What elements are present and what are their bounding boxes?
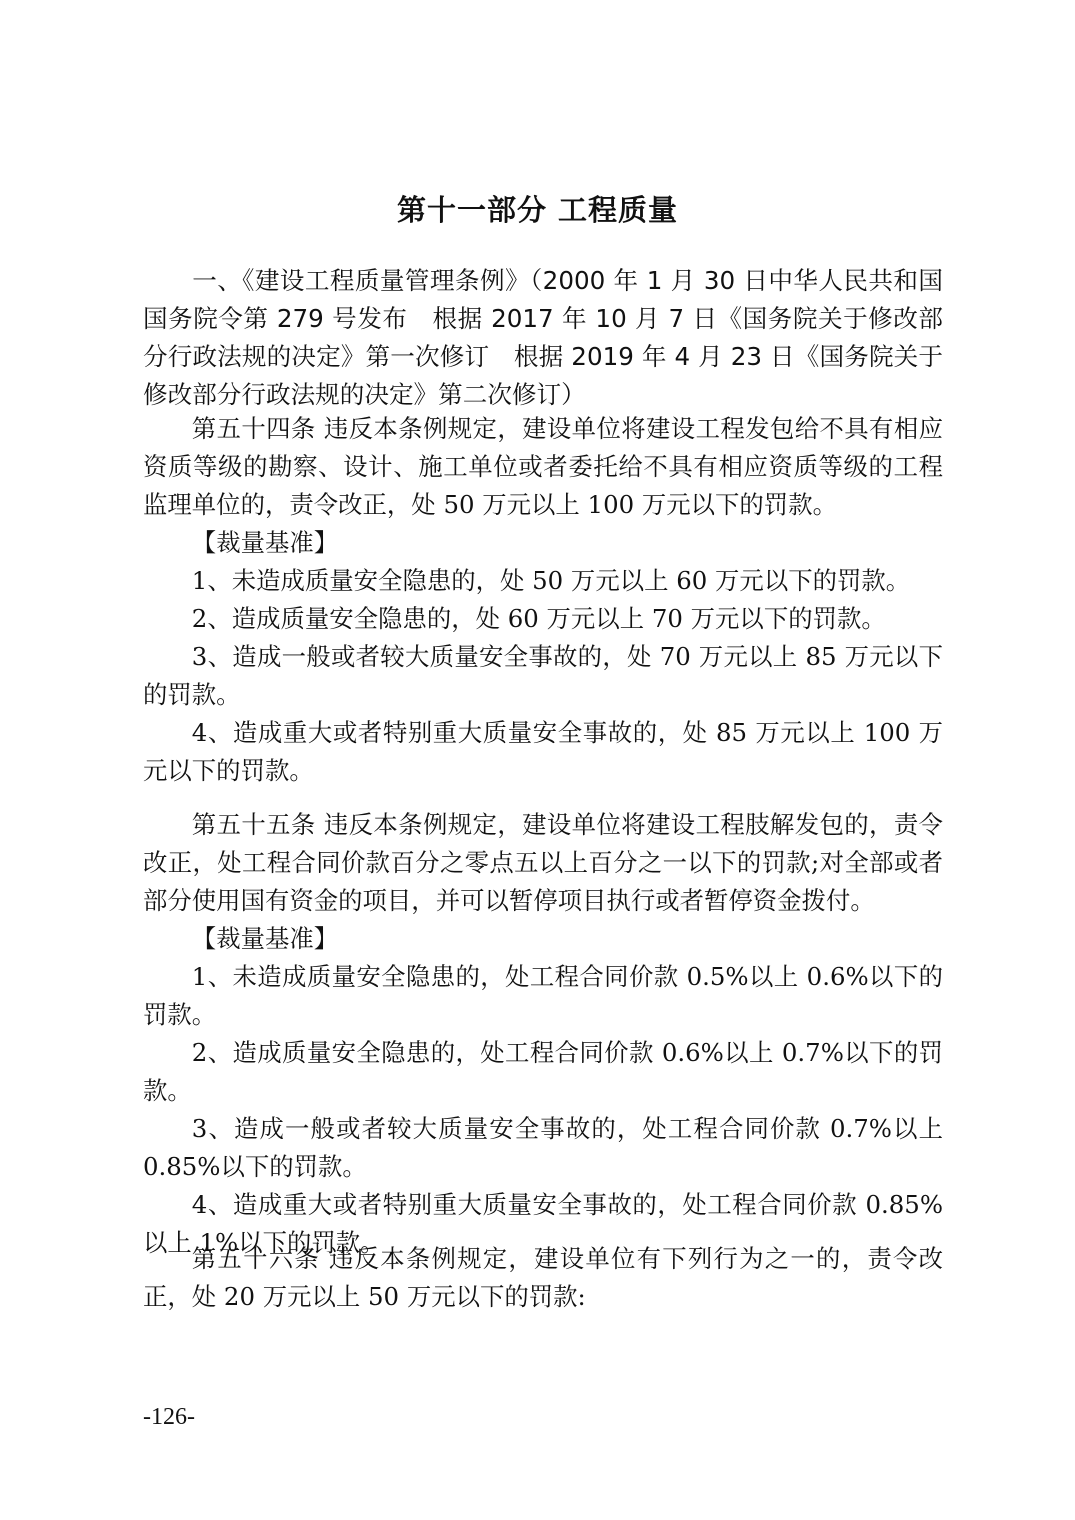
standard-item: 1、未造成质量安全隐患的，处 50 万元以上 60 万元以下的罚款。	[143, 562, 943, 600]
article-text: 第五十五条 违反本条例规定，建设单位将建设工程肢解发包的，责令改正，处工程合同价…	[143, 806, 943, 920]
article-55: 第五十五条 违反本条例规定，建设单位将建设工程肢解发包的，责令改正，处工程合同价…	[143, 806, 943, 1262]
standard-item: 1、未造成质量安全隐患的，处工程合同价款 0.5%以上 0.6%以下的罚款。	[143, 958, 943, 1034]
standard-item: 2、造成质量安全隐患的，处工程合同价款 0.6%以上 0.7%以下的罚款。	[143, 1034, 943, 1110]
standard-label: 【裁量基准】	[143, 920, 943, 958]
law-title-block: 一、《建设工程质量管理条例》（2000 年 1 月 30 日中华人民共和国国务院…	[143, 262, 943, 414]
standard-item: 3、造成一般或者较大质量安全事故的，处工程合同价款 0.7%以上 0.85%以下…	[143, 1110, 943, 1186]
part-heading: 第十一部分 工程质量	[0, 188, 1075, 229]
standard-item: 3、造成一般或者较大质量安全事故的，处 70 万元以上 85 万元以下的罚款。	[143, 638, 943, 714]
standard-item: 2、造成质量安全隐患的，处 60 万元以上 70 万元以下的罚款。	[143, 600, 943, 638]
standard-label: 【裁量基准】	[143, 524, 943, 562]
article-text: 第五十四条 违反本条例规定，建设单位将建设工程发包给不具有相应资质等级的勘察、设…	[143, 410, 943, 524]
document-page: 第十一部分 工程质量 一、《建设工程质量管理条例》（2000 年 1 月 30 …	[0, 0, 1075, 1520]
law-title: 一、《建设工程质量管理条例》（2000 年 1 月 30 日中华人民共和国国务院…	[143, 262, 943, 414]
standard-item: 4、造成重大或者特别重大质量安全事故的，处 85 万元以上 100 万元以下的罚…	[143, 714, 943, 790]
article-text: 第五十六条 违反本条例规定，建设单位有下列行为之一的，责令改正，处 20 万元以…	[143, 1240, 943, 1316]
article-56: 第五十六条 违反本条例规定，建设单位有下列行为之一的，责令改正，处 20 万元以…	[143, 1240, 943, 1316]
article-54: 第五十四条 违反本条例规定，建设单位将建设工程发包给不具有相应资质等级的勘察、设…	[143, 410, 943, 790]
page-number: -126-	[143, 1404, 195, 1431]
